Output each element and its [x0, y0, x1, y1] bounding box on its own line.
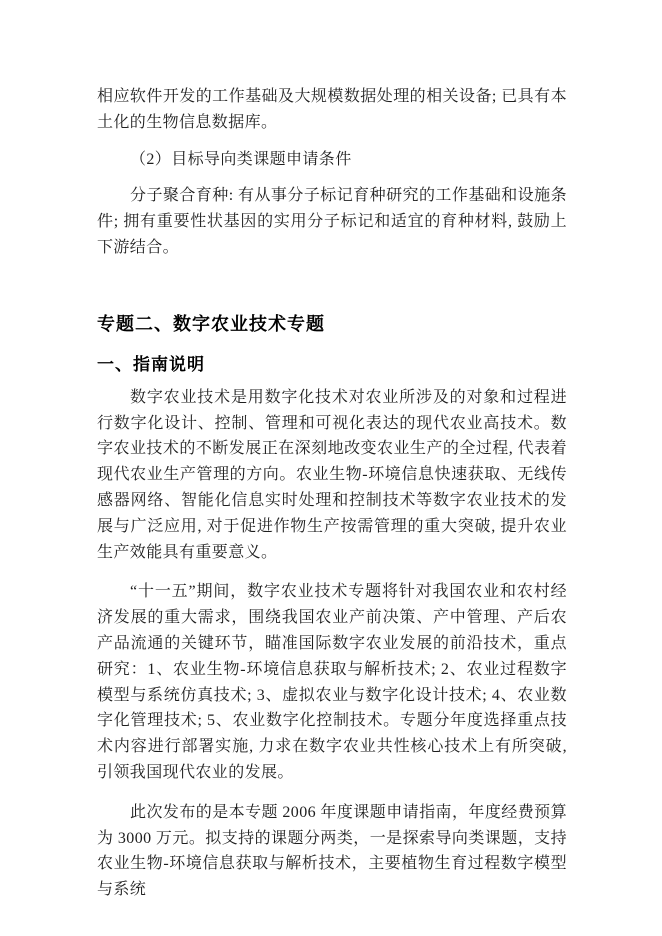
paragraph-target-oriented-conditions: （2）目标导向类课题申请条件 — [97, 147, 567, 173]
paragraph-eleventh-five-year-plan: “十一五”期间，数字农业技术专题将针对我国农业和农村经济发展的重大需求，围绕我国… — [97, 579, 567, 785]
paragraph-continuation: 相应软件开发的工作基础及大规模数据处理的相关设备; 已具有本土化的生物信息数据库… — [97, 84, 567, 136]
paragraph-molecular-breeding: 分子聚合育种: 有从事分子标记育种研究的工作基础和设施条件; 拥有重要性状基因的… — [97, 183, 567, 260]
page-content: 相应软件开发的工作基础及大规模数据处理的相关设备; 已具有本土化的生物信息数据库… — [97, 84, 567, 903]
paragraph-digital-agriculture-intro: 数字农业技术是用数字化技术对农业所涉及的对象和过程进行数字化设计、控制、管理和可… — [97, 385, 567, 566]
document-page: 相应软件开发的工作基础及大规模数据处理的相关设备; 已具有本土化的生物信息数据库… — [0, 0, 662, 936]
subsection-title: 一、指南说明 — [97, 352, 567, 378]
section-title: 专题二、数字农业技术专题 — [97, 311, 567, 337]
paragraph-2006-budget: 此次发布的是本专题 2006 年度课题申请指南，年度经费预算为 3000 万元。… — [97, 800, 567, 903]
previous-section-continuation: 相应软件开发的工作基础及大规模数据处理的相关设备; 已具有本土化的生物信息数据库… — [97, 84, 567, 261]
guide-description-section: 数字农业技术是用数字化技术对农业所涉及的对象和过程进行数字化设计、控制、管理和可… — [97, 385, 567, 903]
